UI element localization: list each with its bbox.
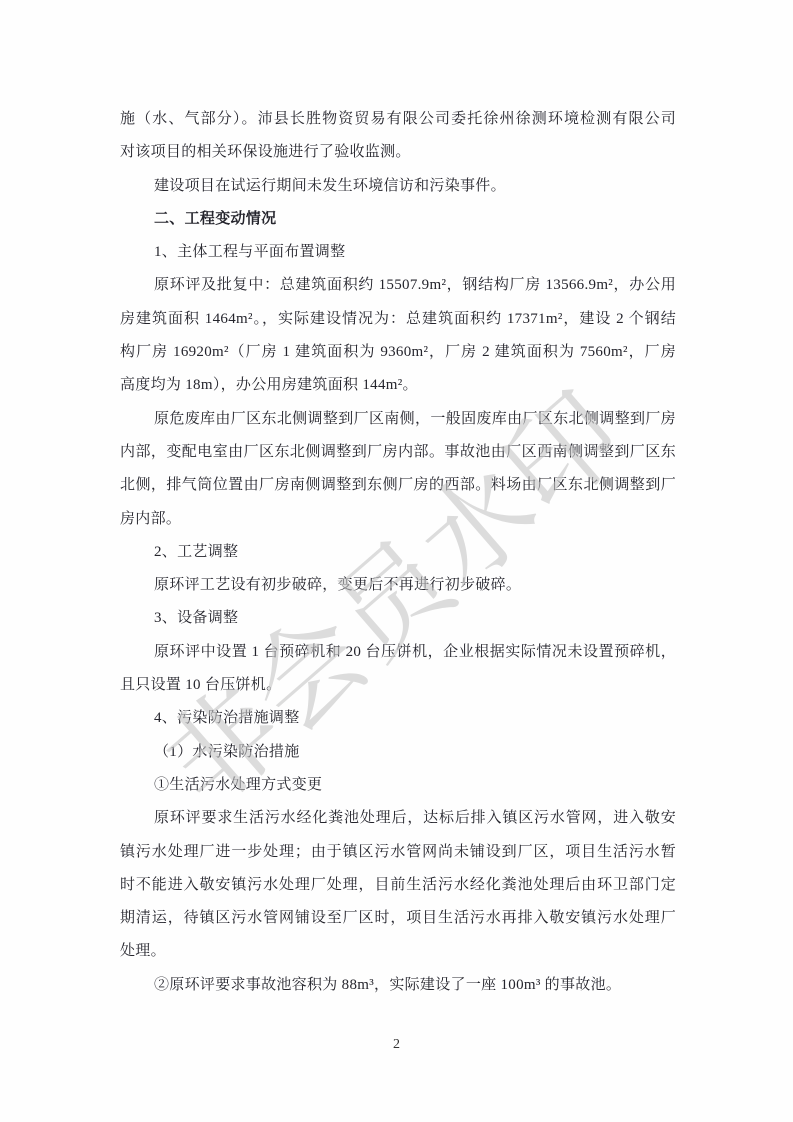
text-line: 原环评要求生活污水经化粪池处理后，达标后排入镇区污水管网，进入敬安 (120, 802, 676, 835)
text-line: 镇污水处理厂进一步处理；由于镇区污水管网尚未铺设到厂区，项目生活污水暂 (120, 836, 676, 869)
subsection-heading: ①生活污水处理方式变更 (120, 769, 676, 802)
text-line: 内部，变配电室由厂区东北侧调整到厂房内部。事故池由厂区西南侧调整到厂区东 (120, 436, 676, 469)
subsection-heading: （1）水污染防治措施 (120, 736, 676, 769)
text-line: 且只设置 10 台压饼机。 (120, 669, 676, 702)
text-line: 对该项目的相关环保设施进行了验收监测。 (120, 136, 676, 169)
text-line: 处理。 (120, 935, 676, 968)
text-line: 高度均为 18m），办公用房建筑面积 144m²。 (120, 369, 676, 402)
document-page: 施（水、气部分）。沛县长胜物资贸易有限公司委托徐州徐测环境检测有限公司 对该项目… (0, 0, 793, 1122)
subsection-heading: 2、工艺调整 (120, 536, 676, 569)
text-line: 施（水、气部分）。沛县长胜物资贸易有限公司委托徐州徐测环境检测有限公司 (120, 103, 676, 136)
text-line: 房建筑面积 1464m²。，实际建设情况为：总建筑面积约 17371m²，建设 … (120, 303, 676, 336)
text-line: 房内部。 (120, 503, 676, 536)
subsection-heading: 3、设备调整 (120, 602, 676, 635)
page-footer: 2 (0, 1035, 793, 1053)
text-line: 期清运，待镇区污水管网铺设至厂区时，项目生活污水再排入敬安镇污水处理厂 (120, 902, 676, 935)
text-line: 时不能进入敬安镇污水处理厂处理，目前生活污水经化粪池处理后由环卫部门定 (120, 869, 676, 902)
subsection-heading: 1、主体工程与平面布置调整 (120, 236, 676, 269)
text-line: 北侧，排气筒位置由厂房南侧调整到东侧厂房的西部。料场由厂区东北侧调整到厂 (120, 469, 676, 502)
text-line: ②原环评要求事故池容积为 88m³，实际建设了一座 100m³ 的事故池。 (120, 969, 676, 1002)
text-line: 原危废库由厂区东北侧调整到厂区南侧，一般固废库由厂区东北侧调整到厂房 (120, 403, 676, 436)
page-number: 2 (393, 1037, 400, 1052)
section-heading: 二、工程变动情况 (120, 203, 676, 236)
text-line: 建设项目在试运行期间未发生环境信访和污染事件。 (120, 170, 676, 203)
text-line: 原环评及批复中：总建筑面积约 15507.9m²，钢结构厂房 13566.9m²… (120, 269, 676, 302)
text-line: 构厂房 16920m²（厂房 1 建筑面积为 9360m²，厂房 2 建筑面积为… (120, 336, 676, 369)
document-body: 施（水、气部分）。沛县长胜物资贸易有限公司委托徐州徐测环境检测有限公司 对该项目… (120, 103, 676, 1002)
text-line: 原环评中设置 1 台预碎机和 20 台压饼机，企业根据实际情况未设置预碎机， (120, 636, 676, 669)
subsection-heading: 4、污染防治措施调整 (120, 702, 676, 735)
text-line: 原环评工艺设有初步破碎，变更后不再进行初步破碎。 (120, 569, 676, 602)
